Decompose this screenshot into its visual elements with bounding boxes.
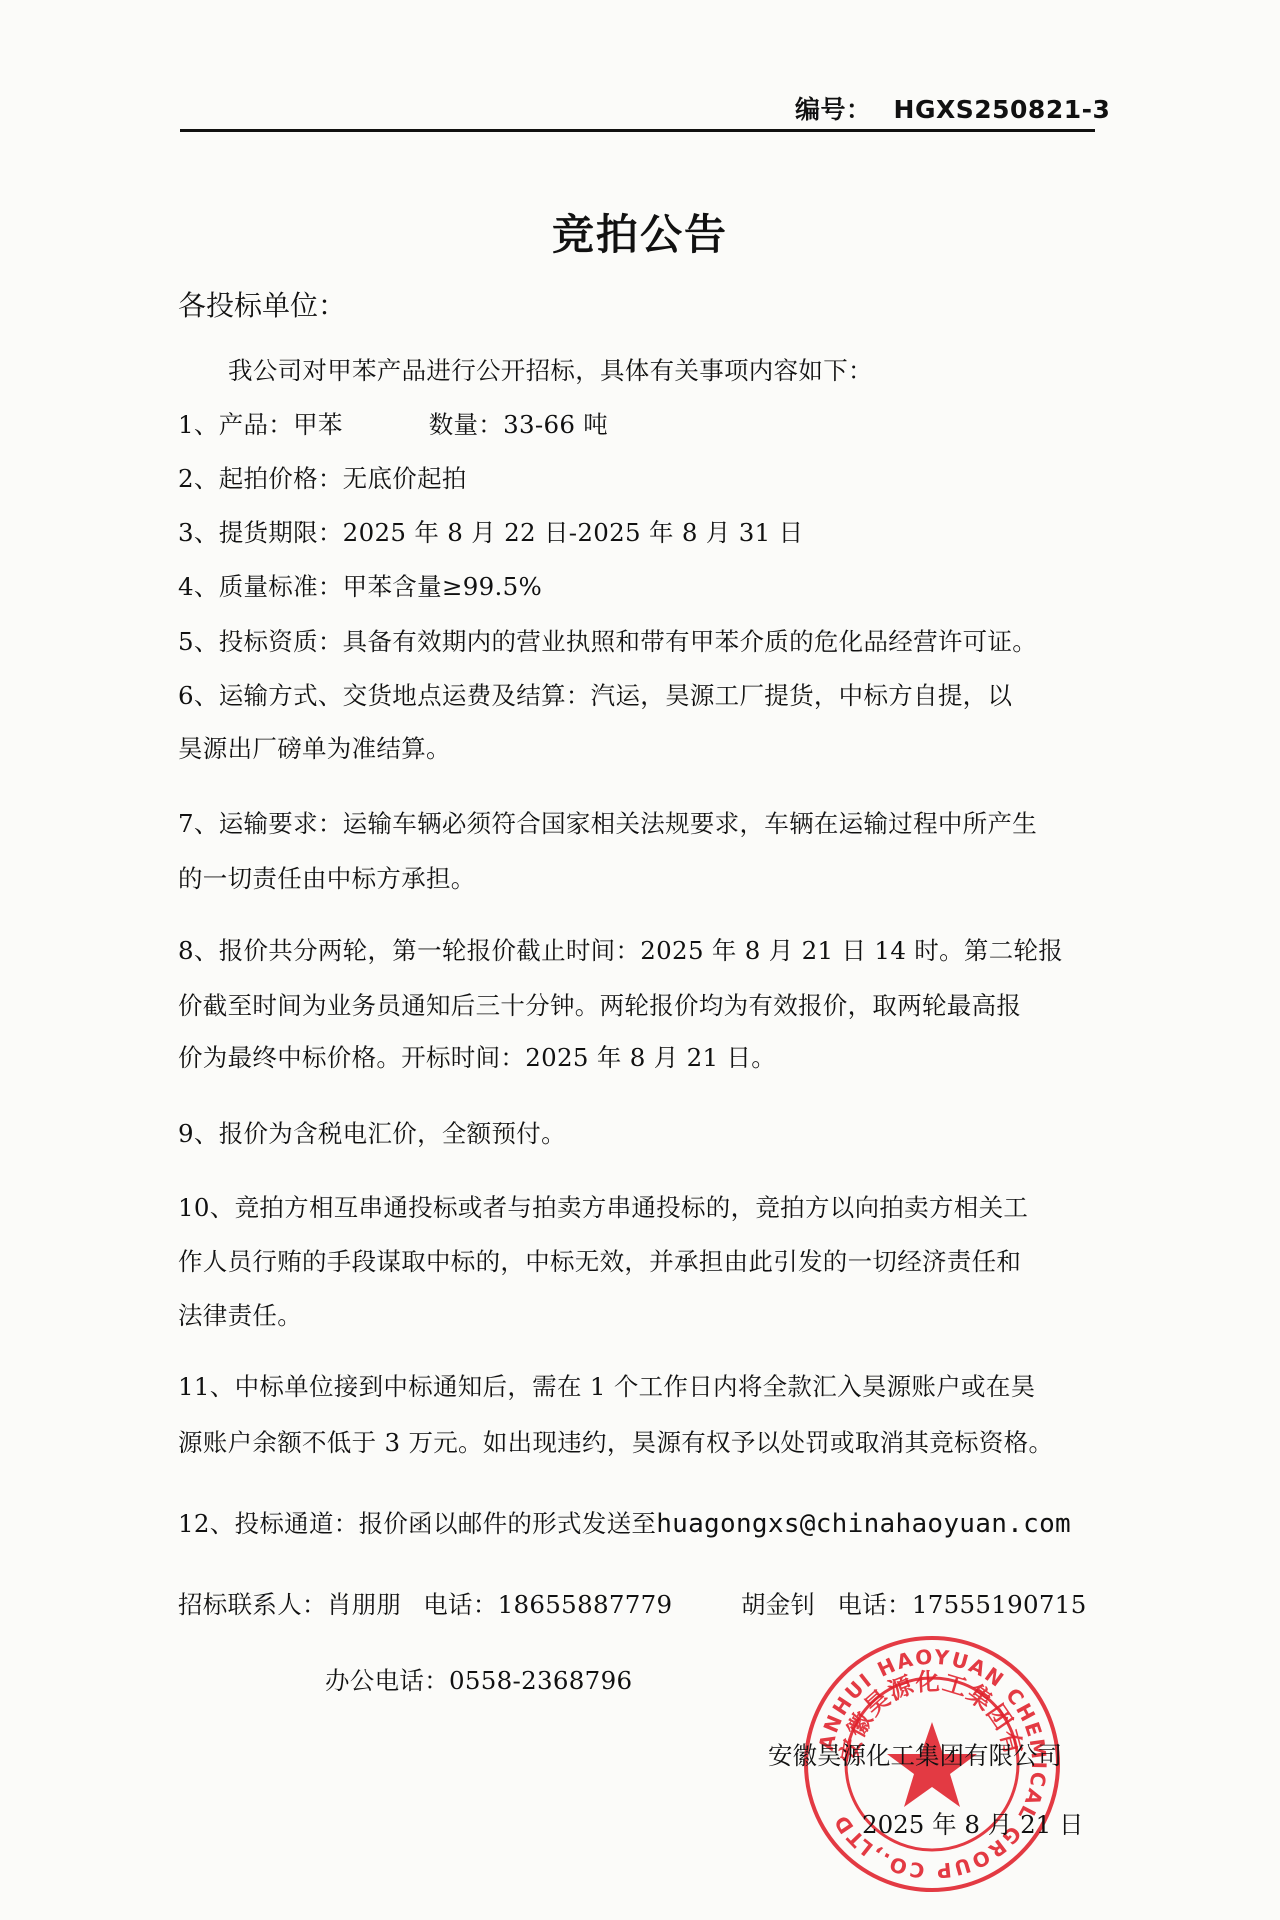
document-number-label: 编号： — [795, 95, 872, 124]
contact-line: 招标联系人：肖朋朋电话：18655887779 — [178, 1586, 672, 1621]
item-12-prefix: 12、投标通道：报价函以邮件的形式发送至 — [178, 1509, 656, 1538]
item-11-line-2: 源账户余额不低于 3 万元。如出现违约，昊源有权予以处罚或取消其竞标资格。 — [178, 1424, 1053, 1459]
item-1-product: 1、产品：甲苯 — [178, 410, 343, 439]
contact-1-name: 肖朋朋 — [327, 1590, 401, 1619]
office-phone-line: 办公电话：0558-2368796 — [325, 1662, 632, 1697]
item-7-line-2: 的一切责任由中标方承担。 — [178, 860, 476, 895]
contact-2-phone-label: 电话： — [837, 1590, 911, 1619]
item-3: 3、提货期限：2025 年 8 月 22 日-2025 年 8 月 31 日 — [178, 514, 803, 549]
item-1-quantity: 数量：33-66 吨 — [429, 410, 608, 439]
contact-label: 招标联系人： — [178, 1590, 327, 1619]
item-1: 1、产品：甲苯数量：33-66 吨 — [178, 406, 608, 441]
item-5: 5、投标资质：具备有效期内的营业执照和带有甲苯介质的危化品经营许可证。 — [178, 623, 1037, 658]
signature-date: 2025 年 8 月 21 日 — [862, 1806, 1084, 1841]
document-number: 编号：HGXS250821-3 — [795, 90, 1110, 126]
item-6-line-1: 6、运输方式、交货地点运费及结算：汽运，昊源工厂提货，中标方自提，以 — [178, 677, 1012, 712]
document-number-value: HGXS250821-3 — [894, 95, 1111, 124]
contact-1-phone-label: 电话： — [423, 1590, 497, 1619]
item-10-line-3: 法律责任。 — [178, 1297, 302, 1332]
contact-2: 胡金钊电话：17555190715 — [741, 1586, 1087, 1621]
intro-paragraph: 我公司对甲苯产品进行公开招标，具体有关事项内容如下： — [228, 352, 873, 387]
salutation: 各投标单位： — [178, 284, 346, 324]
item-8-line-2: 价截至时间为业务员通知后三十分钟。两轮报价均为有效报价，取两轮最高报 — [178, 987, 1021, 1022]
item-10-line-2: 作人员行贿的手段谋取中标的，中标无效，并承担由此引发的一切经济责任和 — [178, 1243, 1021, 1278]
item-6-line-2: 昊源出厂磅单为准结算。 — [178, 730, 451, 765]
contact-1-phone: 18655887779 — [498, 1590, 673, 1619]
item-7-line-1: 7、运输要求：运输车辆必须符合国家相关法规要求，车辆在运输过程中所产生 — [178, 805, 1037, 840]
item-8-line-1: 8、报价共分两轮，第一轮报价截止时间：2025 年 8 月 21 日 14 时。… — [178, 932, 1063, 967]
office-phone-label: 办公电话： — [325, 1666, 449, 1695]
item-9: 9、报价为含税电汇价，全额预付。 — [178, 1115, 566, 1150]
contact-2-phone: 17555190715 — [912, 1590, 1087, 1619]
page-title: 竞拍公告 — [0, 202, 1280, 262]
item-2: 2、起拍价格：无底价起拍 — [178, 460, 467, 495]
item-12: 12、投标通道：报价函以邮件的形式发送至huagongxs@chinahaoyu… — [178, 1505, 1071, 1540]
header-divider — [180, 129, 1095, 132]
signature-company: 安徽昊源化工集团有限公司 — [768, 1737, 1062, 1772]
bid-email-link[interactable]: huagongxs@chinahaoyuan.com — [656, 1509, 1071, 1539]
item-8-line-3: 价为最终中标价格。开标时间：2025 年 8 月 21 日。 — [178, 1039, 776, 1074]
contact-2-name: 胡金钊 — [741, 1590, 815, 1619]
office-phone: 0558-2368796 — [449, 1666, 632, 1695]
item-11-line-1: 11、中标单位接到中标通知后，需在 1 个工作日内将全款汇入昊源账户或在昊 — [178, 1368, 1035, 1403]
item-4: 4、质量标准：甲苯含量≥99.5% — [178, 568, 542, 603]
item-10-line-1: 10、竞拍方相互串通投标或者与拍卖方串通投标的，竞拍方以向拍卖方相关工 — [178, 1189, 1028, 1224]
